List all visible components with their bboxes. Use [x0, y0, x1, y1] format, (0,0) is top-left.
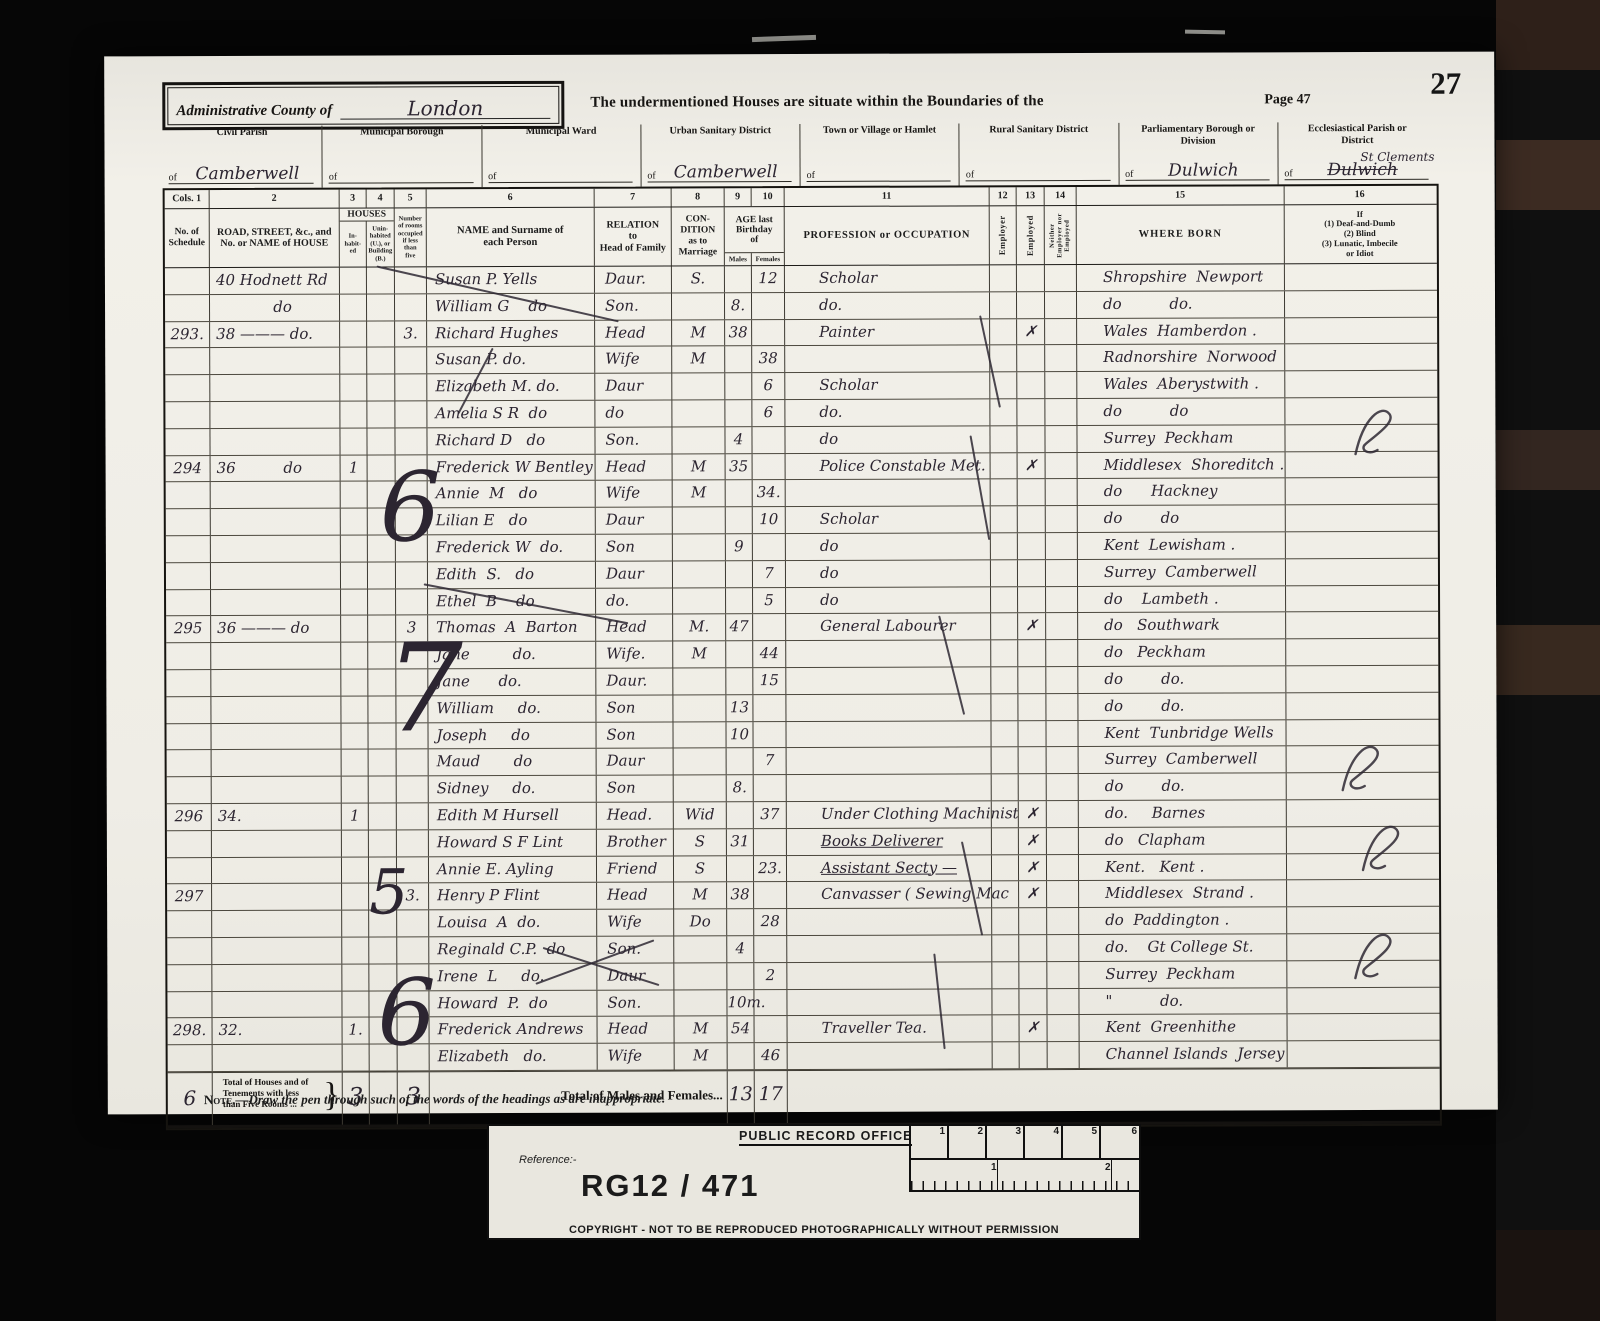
cell-employed: ✗ — [1019, 855, 1047, 881]
cell-schedule — [165, 268, 210, 294]
cell-occupation — [787, 748, 992, 775]
ink-flourish — [1331, 736, 1389, 798]
census-table: Cols. 12345678910111213141516 No. of Sch… — [163, 184, 1442, 1130]
cell-relation: Son. — [595, 427, 672, 453]
cell-age-female: 6 — [752, 400, 785, 426]
cell-where-born: Kent. Kent . — [1079, 854, 1287, 881]
cell-employed: ✗ — [1017, 319, 1045, 345]
cell-age-male — [725, 373, 752, 399]
cell-neither — [1046, 694, 1078, 720]
column-number: 5 — [395, 189, 427, 207]
cell-name: Howard S F Lint — [429, 829, 597, 855]
cell-where-born: do do. — [1077, 291, 1285, 318]
cell-house — [212, 911, 342, 937]
header-road: ROAD, STREET, &c., and No. or NAME of HO… — [210, 209, 340, 267]
cell-infirmity — [1286, 639, 1436, 665]
header-females: Females — [752, 253, 784, 265]
cell-house — [212, 938, 342, 964]
cell-relation: Daur. — [596, 668, 673, 694]
cell-occupation — [788, 1042, 993, 1069]
cell-condition — [672, 293, 725, 319]
cell-employer — [990, 265, 1017, 291]
cell-condition: M — [674, 883, 727, 909]
cell-where-born: " do. — [1079, 988, 1287, 1015]
cell-schedule — [167, 858, 212, 884]
cell-neither — [1047, 747, 1079, 773]
cell-name: Irene L do. — [429, 963, 597, 989]
cell-relation: Wife — [597, 910, 674, 936]
cell-where-born: Surrey Camberwell — [1079, 747, 1287, 774]
cell-schedule — [167, 777, 212, 803]
cell-where-born: do do. — [1078, 666, 1286, 693]
cell-employer — [990, 426, 1017, 452]
cell-employer — [991, 640, 1018, 666]
cell-employer — [992, 882, 1019, 908]
cell-condition: M — [672, 347, 725, 373]
cell-where-born: do do. — [1079, 773, 1287, 800]
cell-house — [212, 991, 342, 1017]
district-of: of — [1284, 168, 1292, 179]
cell-occupation: Police Constable Met. — [786, 453, 991, 480]
cell-employer — [992, 828, 1019, 854]
cell-name: Richard D do — [427, 427, 595, 453]
cell-occupation: Under Clothing Machinist — [787, 801, 992, 828]
ruler-segment — [911, 1160, 1112, 1190]
cell-inhabited — [342, 937, 369, 963]
cell-name: Frederick W Bentley — [428, 454, 596, 480]
cell-condition: M — [673, 641, 726, 667]
copyright-notice: COPYRIGHT - NOT TO BE REPRODUCED PHOTOGR… — [489, 1224, 1139, 1236]
cell-schedule — [166, 509, 211, 535]
cell-condition — [673, 588, 726, 614]
ruler-segment: 6 — [1101, 1126, 1139, 1158]
cell-age-female: 7 — [753, 561, 786, 587]
cell-where-born: Wales Hamberdon . — [1077, 318, 1285, 345]
cell-neither — [1047, 774, 1079, 800]
cell-where-born: do do. — [1078, 693, 1286, 720]
cell-inhabited: 1 — [341, 455, 368, 481]
cell-schedule — [167, 911, 212, 937]
cell-employer — [990, 399, 1017, 425]
cell-employed — [1018, 533, 1046, 559]
cell-relation: Head. — [597, 802, 674, 828]
cell-employed — [1017, 426, 1045, 452]
header-condition: CON- DITION as to Marriage — [672, 207, 725, 265]
cell-condition: M — [672, 320, 725, 346]
cell-employer — [992, 962, 1019, 988]
cell-uninhabited — [367, 401, 395, 427]
cell-condition — [672, 373, 725, 399]
cell-inhabited — [342, 911, 369, 937]
cell-employed — [1017, 372, 1045, 398]
cell-where-born: do Hackney — [1078, 479, 1286, 506]
cell-age-male — [726, 507, 753, 533]
district-of: of — [169, 172, 177, 183]
cell-infirmity — [1286, 585, 1436, 611]
cell-employer — [992, 855, 1019, 881]
cell-employed — [1018, 667, 1046, 693]
film-artifact — [1496, 0, 1600, 70]
cell-inhabited — [340, 294, 367, 320]
cell-age-male: 8. — [725, 293, 752, 319]
cell-age-female — [753, 722, 786, 748]
cell-occupation: Scholar — [786, 507, 991, 534]
cell-infirmity — [1285, 291, 1435, 317]
cell-house — [211, 562, 341, 588]
cell-inhabited — [341, 616, 368, 642]
column-number: 8 — [672, 188, 725, 206]
cell-employer — [993, 1016, 1020, 1042]
film-scratch — [1185, 30, 1225, 35]
cell-employer — [990, 346, 1017, 372]
film-artifact — [1496, 140, 1600, 210]
cell-age-male — [726, 668, 753, 694]
cell-uninhabited — [367, 375, 395, 401]
cell-age-male — [725, 400, 752, 426]
cell-where-born: do Southwark — [1078, 613, 1286, 640]
cell-neither — [1045, 292, 1077, 318]
district-label: Urban Sanitary District — [644, 125, 796, 137]
cell-house: 36 ——— do — [211, 616, 341, 642]
cell-rooms — [395, 401, 427, 427]
cell-house — [213, 1045, 343, 1071]
cell-occupation: Painter — [785, 319, 990, 346]
cell-occupation — [786, 480, 991, 507]
header-schedule: No. of Schedule — [165, 209, 210, 267]
cell-house — [212, 777, 342, 803]
cell-age-male: 9 — [726, 534, 753, 560]
cell-name: Frederick Andrews — [430, 1017, 598, 1043]
cell-employed: ✗ — [1020, 1015, 1048, 1041]
cell-house — [210, 402, 340, 428]
cell-house — [212, 884, 342, 910]
cell-age-male: 38 — [725, 320, 752, 346]
cell-rooms — [395, 348, 427, 374]
cell-occupation — [787, 989, 992, 1016]
cell-name: Howard P. do — [429, 990, 597, 1016]
cell-uninhabited — [367, 267, 395, 293]
cell-neither — [1046, 721, 1078, 747]
cell-schedule — [166, 643, 211, 669]
cell-age-female — [753, 534, 786, 560]
cell-age-female: 38 — [752, 346, 785, 372]
column-headers-row: No. of Schedule ROAD, STREET, &c., and N… — [165, 205, 1437, 268]
column-number: 6 — [427, 189, 595, 208]
cell-occupation — [787, 774, 992, 801]
cell-age-male: 35 — [726, 454, 753, 480]
cell-inhabited — [342, 964, 369, 990]
cell-house — [211, 482, 341, 508]
cell-schedule — [167, 965, 212, 991]
cell-age-female: 2 — [754, 963, 787, 989]
cell-neither — [1047, 855, 1079, 881]
cell-condition — [673, 534, 726, 560]
cell-neither — [1047, 962, 1079, 988]
cell-employer — [991, 694, 1018, 720]
cell-inhabited — [341, 669, 368, 695]
cell-employed — [1019, 908, 1047, 934]
district-cell: Rural Sanitary District of — [959, 123, 1118, 186]
admin-county-box: Administrative County of London — [162, 81, 564, 130]
district-label: Rural Sanitary District — [963, 124, 1115, 136]
cell-inhabited — [341, 723, 368, 749]
cell-schedule — [166, 697, 211, 723]
film-artifact — [1496, 430, 1600, 490]
cell-age-male: 54 — [728, 1016, 755, 1042]
ink-flourish — [1343, 400, 1401, 462]
cell-schedule — [166, 590, 211, 616]
ruler-number: 2 — [1105, 1162, 1111, 1173]
header-rooms: Number of rooms occupied if less than fi… — [395, 208, 427, 266]
cell-occupation: do — [786, 587, 991, 614]
district-cell: Parliamentary Borough or Division of Dul… — [1118, 122, 1277, 185]
cell-schedule — [165, 429, 210, 455]
cell-neither — [1046, 613, 1078, 639]
cell-schedule — [166, 536, 211, 562]
cell-house — [212, 750, 342, 776]
totals-males: 13 — [728, 1071, 755, 1123]
cell-neither — [1047, 828, 1079, 854]
header-relation: RELATION to Head of Family — [595, 207, 672, 265]
district-label: Ecclesiastical Parish or District — [1281, 123, 1433, 147]
film-frame-number: 27 — [1430, 66, 1461, 102]
cell-age-male — [726, 481, 753, 507]
admin-county-label: Administrative County of — [176, 103, 332, 121]
cell-employed: ✗ — [1019, 881, 1047, 907]
column-number: 9 — [725, 188, 752, 206]
cell-age-male — [726, 641, 753, 667]
cell-condition: Wid — [674, 802, 727, 828]
cell-neither — [1048, 1042, 1080, 1068]
cell-condition: M — [675, 1017, 728, 1043]
cell-age-male — [727, 963, 754, 989]
cell-inhabited — [340, 428, 367, 454]
cell-age-female — [753, 614, 786, 640]
cell-occupation: Scholar — [785, 265, 990, 292]
ruler-segment: 5 — [1063, 1126, 1101, 1158]
reference-number: RG12 / 471 — [581, 1168, 760, 1204]
district-of: of — [647, 171, 655, 182]
film-artifact — [1496, 625, 1600, 695]
cell-age-male — [727, 749, 754, 775]
cell-condition — [674, 963, 727, 989]
cell-age-female — [754, 829, 787, 855]
cell-name: Reginald C.P. do — [429, 937, 597, 963]
film-scratch — [752, 35, 816, 42]
cell-rooms — [397, 776, 429, 802]
cell-infirmity — [1286, 612, 1436, 638]
rooms-count-digit: 7 — [385, 627, 463, 749]
cell-employer — [992, 908, 1019, 934]
cell-where-born: do Clapham — [1079, 827, 1287, 854]
cell-age-male: 4 — [727, 936, 754, 962]
cell-schedule — [165, 375, 210, 401]
cell-name: Elizabeth M. do. — [427, 374, 595, 400]
cell-house — [210, 348, 340, 374]
cell-name: Sidney do. — [429, 776, 597, 802]
header-age: AGE last Birthday of — [725, 207, 784, 252]
cell-house: 34. — [212, 804, 342, 830]
ruler-segment: 3 — [987, 1126, 1025, 1158]
cell-inhabited — [343, 1045, 370, 1071]
cell-name: Frederick W do. — [428, 535, 596, 561]
cell-condition — [674, 990, 727, 1016]
cell-employed — [1019, 935, 1047, 961]
cell-condition: M — [673, 454, 726, 480]
cell-relation: Daur — [595, 374, 672, 400]
ruler-segment: 4 — [1025, 1126, 1063, 1158]
cell-age-male: 8. — [727, 775, 754, 801]
cell-employed — [1018, 506, 1046, 532]
cell-schedule — [166, 563, 211, 589]
cell-age-male: 10m. — [727, 990, 754, 1016]
cell-condition: S — [674, 829, 727, 855]
cell-house: 32. — [213, 1018, 343, 1044]
cell-employed — [1018, 587, 1046, 613]
cell-age-male — [728, 1043, 755, 1069]
cell-age-male: 31 — [727, 829, 754, 855]
cell-age-male — [726, 561, 753, 587]
cell-relation: Head — [598, 1017, 675, 1043]
cell-employed — [1017, 399, 1045, 425]
cell-name: Louisa A do. — [429, 910, 597, 936]
cell-schedule — [166, 724, 211, 750]
district-label: Town or Village or Hamlet — [803, 124, 955, 136]
cell-relation: Son. — [597, 990, 674, 1016]
cell-occupation: do. — [785, 399, 990, 426]
cell-schedule: 297 — [167, 884, 212, 910]
district-value: Dulwich — [1137, 162, 1269, 179]
cell-name: Annie M do — [428, 481, 596, 507]
cell-neither — [1046, 587, 1078, 613]
cell-infirmity — [1286, 693, 1436, 719]
cell-infirmity — [1288, 1041, 1438, 1067]
cell-house — [211, 696, 341, 722]
cell-inhabited — [342, 750, 369, 776]
reference-label: Reference:- — [519, 1154, 576, 1166]
cell-occupation — [787, 908, 992, 935]
ink-flourish — [1343, 924, 1401, 986]
cell-condition — [673, 695, 726, 721]
cell-rooms — [395, 428, 427, 454]
cell-employer — [991, 721, 1018, 747]
cell-where-born: Channel Islands Jersey — [1080, 1041, 1288, 1068]
district-of: of — [329, 172, 337, 183]
cell-relation: Son — [596, 695, 673, 721]
cell-uninhabited — [369, 830, 397, 856]
cell-inhabited — [341, 482, 368, 508]
cell-neither — [1046, 640, 1078, 666]
cell-employed: ✗ — [1018, 614, 1046, 640]
header-age-group: AGE last Birthday of Males Females — [725, 207, 785, 265]
column-number: 12 — [990, 187, 1017, 205]
cell-occupation: General Labourer — [786, 614, 991, 641]
cell-employer — [991, 667, 1018, 693]
cell-name: Amelia S R do — [427, 401, 595, 427]
cell-inhabited — [341, 696, 368, 722]
cell-where-born: Surrey Peckham — [1077, 425, 1285, 452]
cell-employer — [992, 774, 1019, 800]
district-value: Camberwell — [660, 164, 792, 181]
column-number: 7 — [595, 188, 672, 206]
cell-house: do — [210, 294, 340, 320]
cell-where-born: Surrey Camberwell — [1078, 559, 1286, 586]
cell-age-female: 28 — [754, 909, 787, 935]
cell-employed: ✗ — [1018, 453, 1046, 479]
cell-schedule — [167, 938, 212, 964]
cell-employer — [992, 935, 1019, 961]
cell-schedule — [167, 992, 212, 1018]
cell-occupation: Assistant Secty — — [787, 855, 992, 882]
cell-where-born: do do — [1077, 398, 1285, 425]
rooms-count-digit: 6 — [380, 459, 441, 555]
cell-inhabited — [341, 643, 368, 669]
rooms-count-digit: 5 — [369, 861, 409, 923]
cell-house — [211, 643, 341, 669]
district-cell: Ecclesiastical Parish or District St Cle… — [1277, 122, 1436, 185]
cell-age-female: 6 — [752, 373, 785, 399]
cell-employed: ✗ — [1019, 828, 1047, 854]
cell-inhabited — [342, 857, 369, 883]
column-number: 3 — [340, 190, 367, 208]
cell-condition: M — [675, 1043, 728, 1069]
cell-relation: Wife — [596, 481, 673, 507]
cell-neither — [1046, 560, 1078, 586]
cell-where-born: do Peckham — [1078, 639, 1286, 666]
cell-house — [211, 589, 341, 615]
cell-employer — [991, 480, 1018, 506]
cell-house — [211, 670, 341, 696]
header-uninhabited: Unin- habited (U.), or Building (B.) — [367, 221, 394, 266]
cell-age-male: 4 — [725, 427, 752, 453]
cell-relation: Son — [597, 776, 674, 802]
cell-age-female: 23. — [754, 856, 787, 882]
cell-age-female: 15 — [753, 668, 786, 694]
cell-relation: Brother — [597, 829, 674, 855]
cell-infirmity — [1286, 505, 1436, 531]
cell-house — [212, 830, 342, 856]
cell-employed — [1020, 1042, 1048, 1068]
cell-neither — [1047, 881, 1079, 907]
cell-occupation: do — [785, 426, 990, 453]
cell-where-born: do. Barnes — [1079, 800, 1287, 827]
column-number: 2 — [210, 190, 340, 208]
ruler-segment: 1 — [911, 1126, 949, 1158]
cell-schedule — [165, 295, 210, 321]
cell-inhabited — [341, 535, 368, 561]
district-label: Municipal Borough — [326, 126, 478, 138]
cell-condition: Do — [674, 909, 727, 935]
cell-rooms — [395, 294, 427, 320]
cell-where-born: Kent Greenhithe — [1080, 1015, 1288, 1042]
cell-occupation: Scholar — [785, 373, 990, 400]
cell-house — [211, 536, 341, 562]
cell-where-born: Radnorshire Norwood — [1077, 345, 1285, 372]
cell-where-born: do. Gt College St. — [1079, 934, 1287, 961]
cell-employed — [1018, 560, 1046, 586]
header-occupation: PROFESSION or OCCUPATION — [785, 206, 990, 265]
cell-relation: Wife — [595, 347, 672, 373]
cell-inhabited — [341, 562, 368, 588]
cell-neither — [1048, 1015, 1080, 1041]
measurement-ruler: 123456 12 — [909, 1126, 1139, 1192]
header-name: NAME and Surname of each Person — [427, 208, 595, 267]
cell-condition — [673, 722, 726, 748]
film-edge-strip — [1496, 0, 1600, 1321]
cell-age-female — [752, 320, 785, 346]
cell-condition: M. — [673, 615, 726, 641]
cell-uninhabited — [367, 321, 395, 347]
